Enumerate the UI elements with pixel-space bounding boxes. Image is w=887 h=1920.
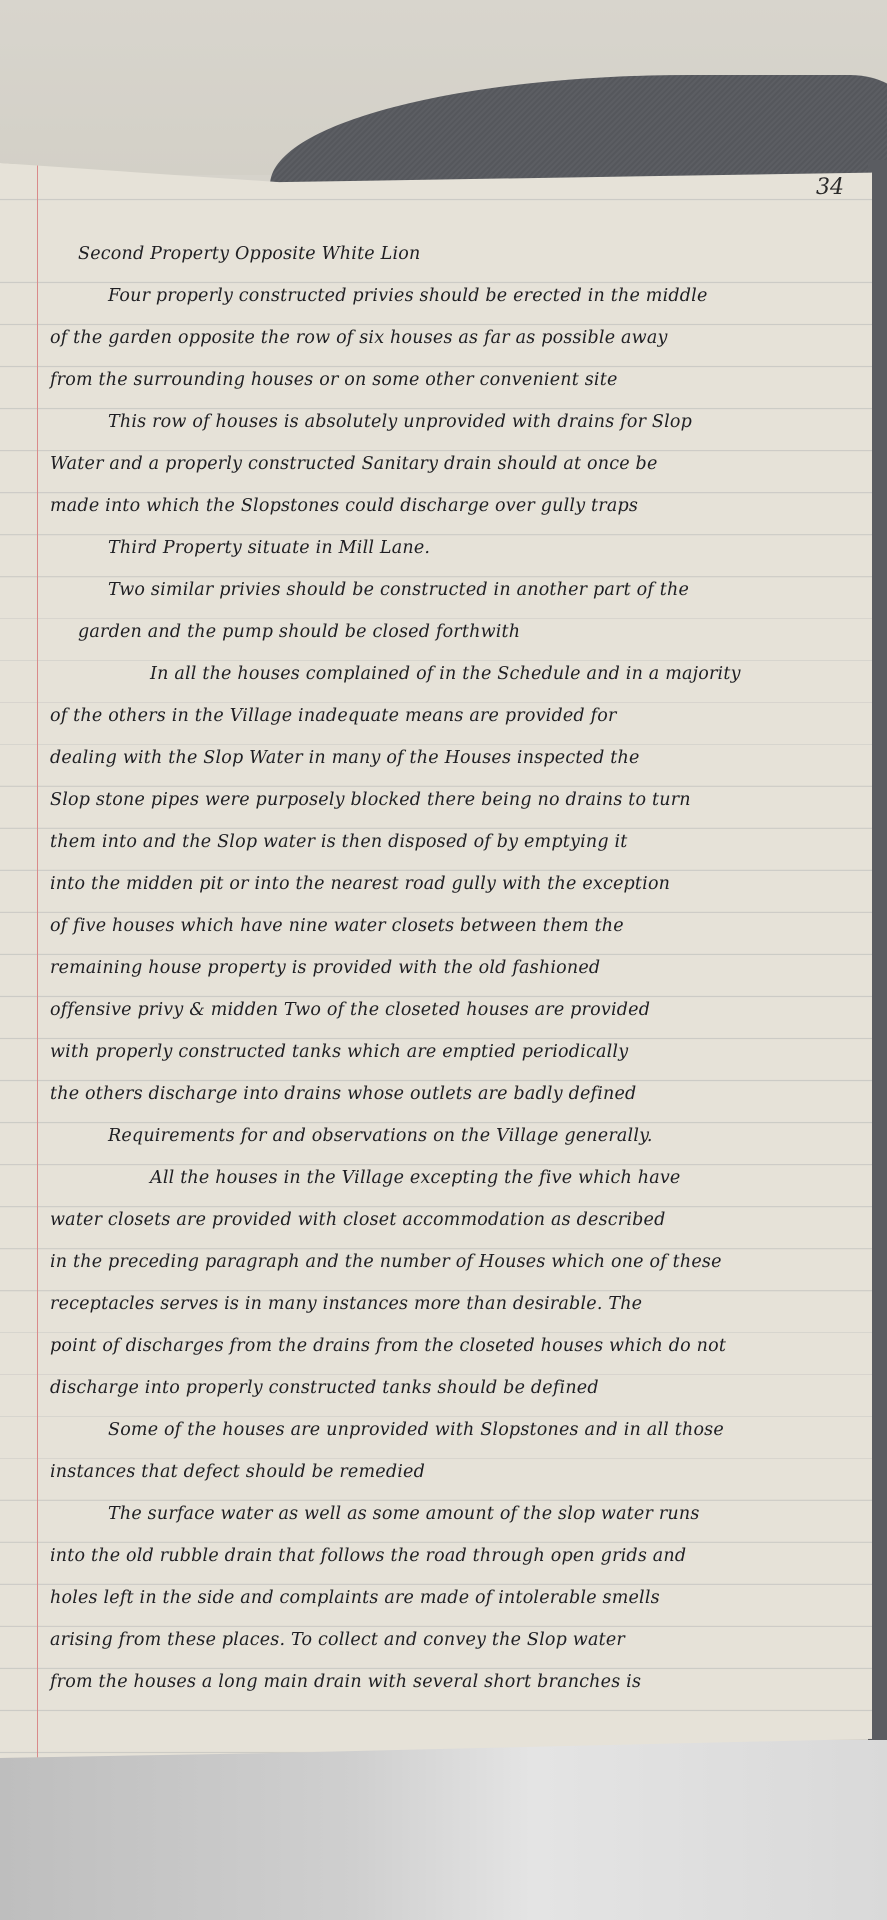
- text-line: This row of houses is absolutely unprovi…: [50, 401, 850, 443]
- text-line: Water and a properly constructed Sanitar…: [50, 443, 850, 485]
- text-line: Third Property situate in Mill Lane.: [50, 527, 850, 569]
- text-line: the others discharge into drains whose o…: [50, 1073, 850, 1115]
- text-line: Four properly constructed privies should…: [50, 275, 850, 317]
- notebook-page: 34 Second Property Opposite White LionFo…: [0, 163, 872, 1758]
- text-line: The surface water as well as some amount…: [50, 1493, 850, 1535]
- text-line: point of discharges from the drains from…: [50, 1325, 850, 1367]
- text-line: arising from these places. To collect an…: [50, 1619, 850, 1661]
- text-line: instances that defect should be remedied: [50, 1451, 850, 1493]
- handwritten-text: Second Property Opposite White LionFour …: [50, 233, 850, 1703]
- text-line: with properly constructed tanks which ar…: [50, 1031, 850, 1073]
- text-line: into the midden pit or into the nearest …: [50, 863, 850, 905]
- text-line: offensive privy & midden Two of the clos…: [50, 989, 850, 1031]
- text-line: In all the houses complained of in the S…: [50, 653, 850, 695]
- text-line: remaining house property is provided wit…: [50, 947, 850, 989]
- text-line: water closets are provided with closet a…: [50, 1199, 850, 1241]
- text-line: Requirements for and observations on the…: [50, 1115, 850, 1157]
- text-line: receptacles serves is in many instances …: [50, 1283, 850, 1325]
- text-line: from the surrounding houses or on some o…: [50, 359, 850, 401]
- text-line: of the garden opposite the row of six ho…: [50, 317, 850, 359]
- text-line: from the houses a long main drain with s…: [50, 1661, 850, 1703]
- text-line: All the houses in the Village excepting …: [50, 1157, 850, 1199]
- text-line: Two similar privies should be constructe…: [50, 569, 850, 611]
- text-line: discharge into properly constructed tank…: [50, 1367, 850, 1409]
- text-line: Slop stone pipes were purposely blocked …: [50, 779, 850, 821]
- text-line: made into which the Slopstones could dis…: [50, 485, 850, 527]
- text-line: them into and the Slop water is then dis…: [50, 821, 850, 863]
- text-line: of five houses which have nine water clo…: [50, 905, 850, 947]
- text-line: Some of the houses are unprovided with S…: [50, 1409, 850, 1451]
- page-number: 34: [816, 175, 844, 200]
- text-line: holes left in the side and complaints ar…: [50, 1577, 850, 1619]
- text-line: Second Property Opposite White Lion: [50, 233, 850, 275]
- text-line: into the old rubble drain that follows t…: [50, 1535, 850, 1577]
- text-line: in the preceding paragraph and the numbe…: [50, 1241, 850, 1283]
- text-line: garden and the pump should be closed for…: [50, 611, 850, 653]
- background-surface: [0, 1740, 887, 1920]
- text-line: dealing with the Slop Water in many of t…: [50, 737, 850, 779]
- margin-line: [37, 163, 38, 1758]
- text-line: of the others in the Village inadequate …: [50, 695, 850, 737]
